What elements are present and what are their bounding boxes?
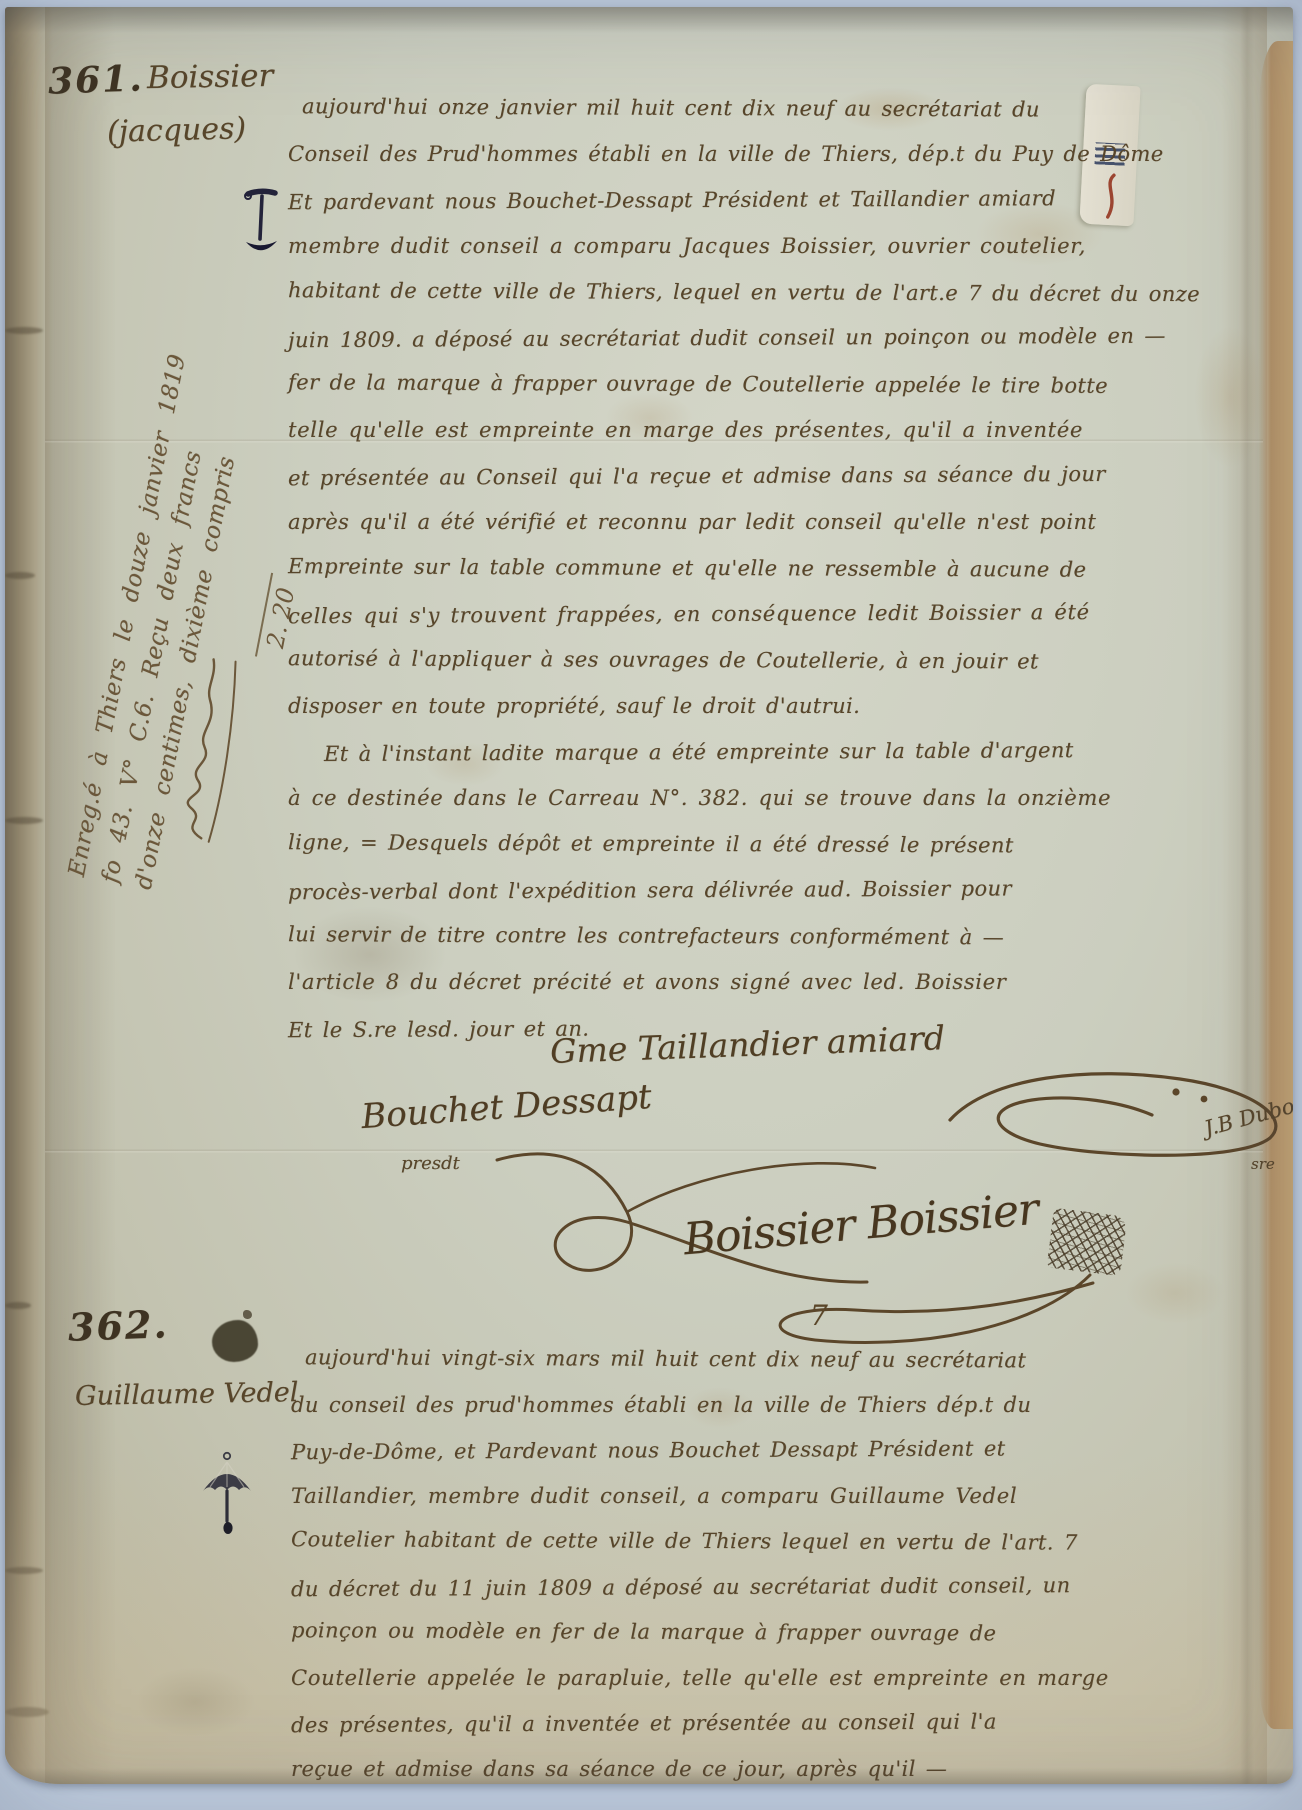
manuscript-line: disposer en toute propriété, sauf le dro…: [288, 683, 1128, 729]
manuscript-line: des présentes, qu'il a inventée et prése…: [291, 1699, 1131, 1749]
manuscript-line: lui servir de titre contre les contrefac…: [288, 911, 1128, 961]
manuscript-line: poinçon ou modèle en fer de la marque à …: [291, 1608, 1131, 1657]
ink-speck: [243, 1310, 252, 1319]
manuscript-line: Et pardevant nous Bouchet-Dessapt Présid…: [288, 175, 1128, 225]
manuscript-line: l'article 8 du décret précité et avons s…: [288, 959, 1128, 1005]
binding-streak: [5, 572, 35, 579]
entry-362-body-text: aujourd'hui vingt-six mars mil huit cent…: [291, 1337, 1131, 1784]
entry-362-number: 362.: [67, 1301, 169, 1349]
boissier-small-paraph: 7: [810, 1299, 828, 1332]
entry-361-registrant-firstname: (jacques): [107, 111, 247, 150]
ink-blot: [212, 1320, 258, 1362]
manuscript-line: telle qu'elle est empreinte en marge des…: [288, 407, 1128, 453]
entry-361-number: 361.: [47, 57, 144, 102]
parapluie-mark-stamp-icon: [201, 1451, 254, 1537]
manuscript-line: Et à l'instant ladite marque a été empre…: [288, 727, 1128, 777]
binding-streak: [5, 327, 43, 334]
entry-361-body-text: aujourd'hui onze janvier mil huit cent d…: [288, 85, 1128, 1051]
underlying-page-edge: [1259, 41, 1293, 1729]
binding-streak: [5, 817, 43, 824]
manuscript-line: Taillandier, membre dudit conseil, a com…: [291, 1474, 1131, 1520]
manuscript-line: du décret du 11 juin 1809 a déposé au se…: [291, 1562, 1131, 1612]
manuscript-line: et présentée au Conseil qui l'a reçue et…: [288, 451, 1128, 501]
vertical-fold-crease: [1240, 7, 1254, 1784]
manuscript-line: Coutelier habitant de cette ville de Thi…: [291, 1517, 1131, 1566]
paper-top-shadow: [5, 7, 1293, 33]
entry-361-registrant-name: Boissier: [147, 58, 274, 96]
manuscript-line: reçue et admise dans sa séance de ce jou…: [291, 1747, 1131, 1785]
boissier-hatched-paraph: [1047, 1208, 1128, 1277]
manuscript-line: du conseil des prud'hommes établi en la …: [291, 1383, 1131, 1429]
manuscript-line: à ce destinée dans le Carreau N°. 382. q…: [288, 775, 1128, 821]
manuscript-line: fer de la marque à frapper ouvrage de Co…: [288, 359, 1128, 409]
manuscript-line: celles qui s'y trouvent frappées, en con…: [288, 589, 1128, 639]
stain: [1125, 1262, 1225, 1324]
manuscript-page: 361. Boissier (jacques) Enreg.é à Thiers…: [5, 7, 1293, 1784]
manuscript-line: autorisé à l'appliquer à ses ouvrages de…: [288, 635, 1128, 685]
manuscript-line: ligne, = Desquels dépôt et empreinte il …: [288, 819, 1128, 869]
binding-streak: [5, 1302, 31, 1309]
entry-362-registrant-name: Guillaume Vedel: [75, 1377, 299, 1412]
manuscript-line: Empreinte sur la table commune et qu'ell…: [288, 543, 1128, 593]
manuscript-line: aujourd'hui vingt-six mars mil huit cent…: [291, 1335, 1131, 1384]
manuscript-line: Conseil des Prud'hommes établi en la vil…: [288, 131, 1128, 177]
manuscript-line: juin 1809. a déposé au secrétariat dudit…: [288, 313, 1128, 363]
manuscript-line: membre dudit conseil a comparu Jacques B…: [288, 223, 1128, 269]
manuscript-line: aujourd'hui onze janvier mil huit cent d…: [288, 83, 1128, 133]
manuscript-line: procès-verbal dont l'expédition sera dél…: [288, 865, 1128, 915]
manuscript-line: Puy-de-Dôme, et Pardevant nous Bouchet D…: [291, 1426, 1131, 1476]
photograph-background: 361. Boissier (jacques) Enreg.é à Thiers…: [0, 0, 1302, 1810]
signature-bouchet-dessapt: Bouchet Dessapt: [360, 1077, 653, 1137]
signature-president-title: presdt: [401, 1153, 460, 1174]
manuscript-line: habitant de cette ville de Thiers, leque…: [288, 267, 1128, 317]
manuscript-line: Coutellerie appelée le parapluie, telle …: [291, 1656, 1131, 1702]
signature-secretary-title: sre: [1251, 1155, 1275, 1173]
manuscript-line: après qu'il a été vérifié et reconnu par…: [288, 499, 1128, 545]
